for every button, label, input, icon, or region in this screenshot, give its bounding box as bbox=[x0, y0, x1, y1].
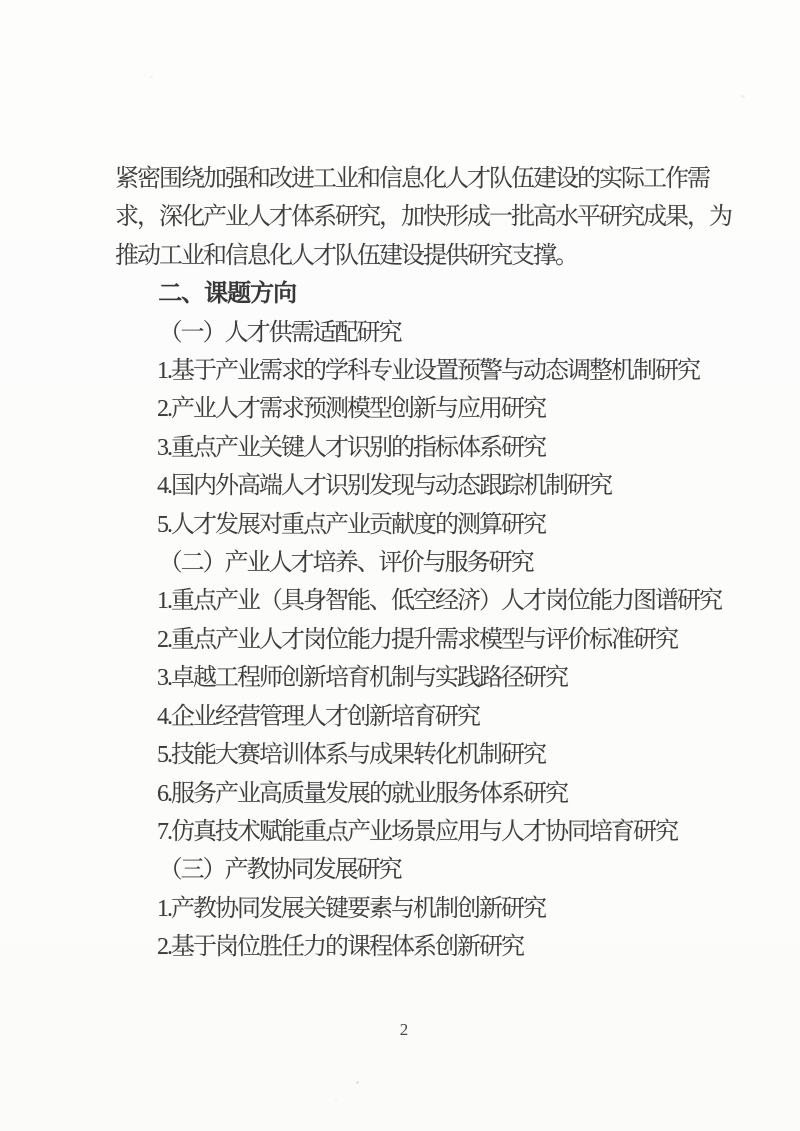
topic-item: 4.企业经营管理人才创新培育研究 bbox=[115, 698, 730, 736]
subsection-heading-3: （三）产教协同发展研究 bbox=[115, 851, 730, 889]
topic-item: 1.重点产业（具身智能、低空经济）人才岗位能力图谱研究 bbox=[115, 582, 730, 620]
topic-item: 6.服务产业高质量发展的就业服务体系研究 bbox=[115, 775, 730, 813]
document-body: 紧密围绕加强和改进工业和信息化人才队伍建设的实际工作需 求，深化产业人才体系研究… bbox=[115, 160, 730, 967]
subsection-heading-1: （一）人才供需适配研究 bbox=[115, 314, 730, 352]
topic-item: 2.重点产业人才岗位能力提升需求模型与评价标准研究 bbox=[115, 621, 730, 659]
topic-item: 5.技能大赛培训体系与成果转化机制研究 bbox=[115, 736, 730, 774]
paragraph-line: 求，深化产业人才体系研究，加快形成一批高水平研究成果，为 bbox=[115, 198, 730, 236]
scan-speck bbox=[150, 76, 153, 78]
section-heading: 二、课题方向 bbox=[115, 275, 730, 313]
topic-item: 5.人才发展对重点产业贡献度的测算研究 bbox=[115, 506, 730, 544]
topic-item: 1.基于产业需求的学科专业设置预警与动态调整机制研究 bbox=[115, 352, 730, 390]
scan-speck bbox=[741, 95, 745, 98]
topic-item: 7.仿真技术赋能重点产业场景应用与人才协同培育研究 bbox=[115, 813, 730, 851]
topic-item: 2.产业人才需求预测模型创新与应用研究 bbox=[115, 390, 730, 428]
topic-item: 1.产教协同发展关键要素与机制创新研究 bbox=[115, 890, 730, 928]
paragraph-line: 推动工业和信息化人才队伍建设提供研究支撑。 bbox=[115, 237, 730, 275]
topic-item: 2.基于岗位胜任力的课程体系创新研究 bbox=[115, 928, 730, 966]
scan-speck bbox=[356, 1081, 359, 1084]
page-number: 2 bbox=[0, 1020, 800, 1040]
paragraph-line: 紧密围绕加强和改进工业和信息化人才队伍建设的实际工作需 bbox=[115, 160, 730, 198]
subsection-heading-2: （二）产业人才培养、评价与服务研究 bbox=[115, 544, 730, 582]
scan-speck bbox=[335, 1100, 337, 1102]
topic-item: 3.重点产业关键人才识别的指标体系研究 bbox=[115, 429, 730, 467]
topic-item: 4.国内外高端人才识别发现与动态跟踪机制研究 bbox=[115, 467, 730, 505]
topic-item: 3.卓越工程师创新培育机制与实践路径研究 bbox=[115, 659, 730, 697]
